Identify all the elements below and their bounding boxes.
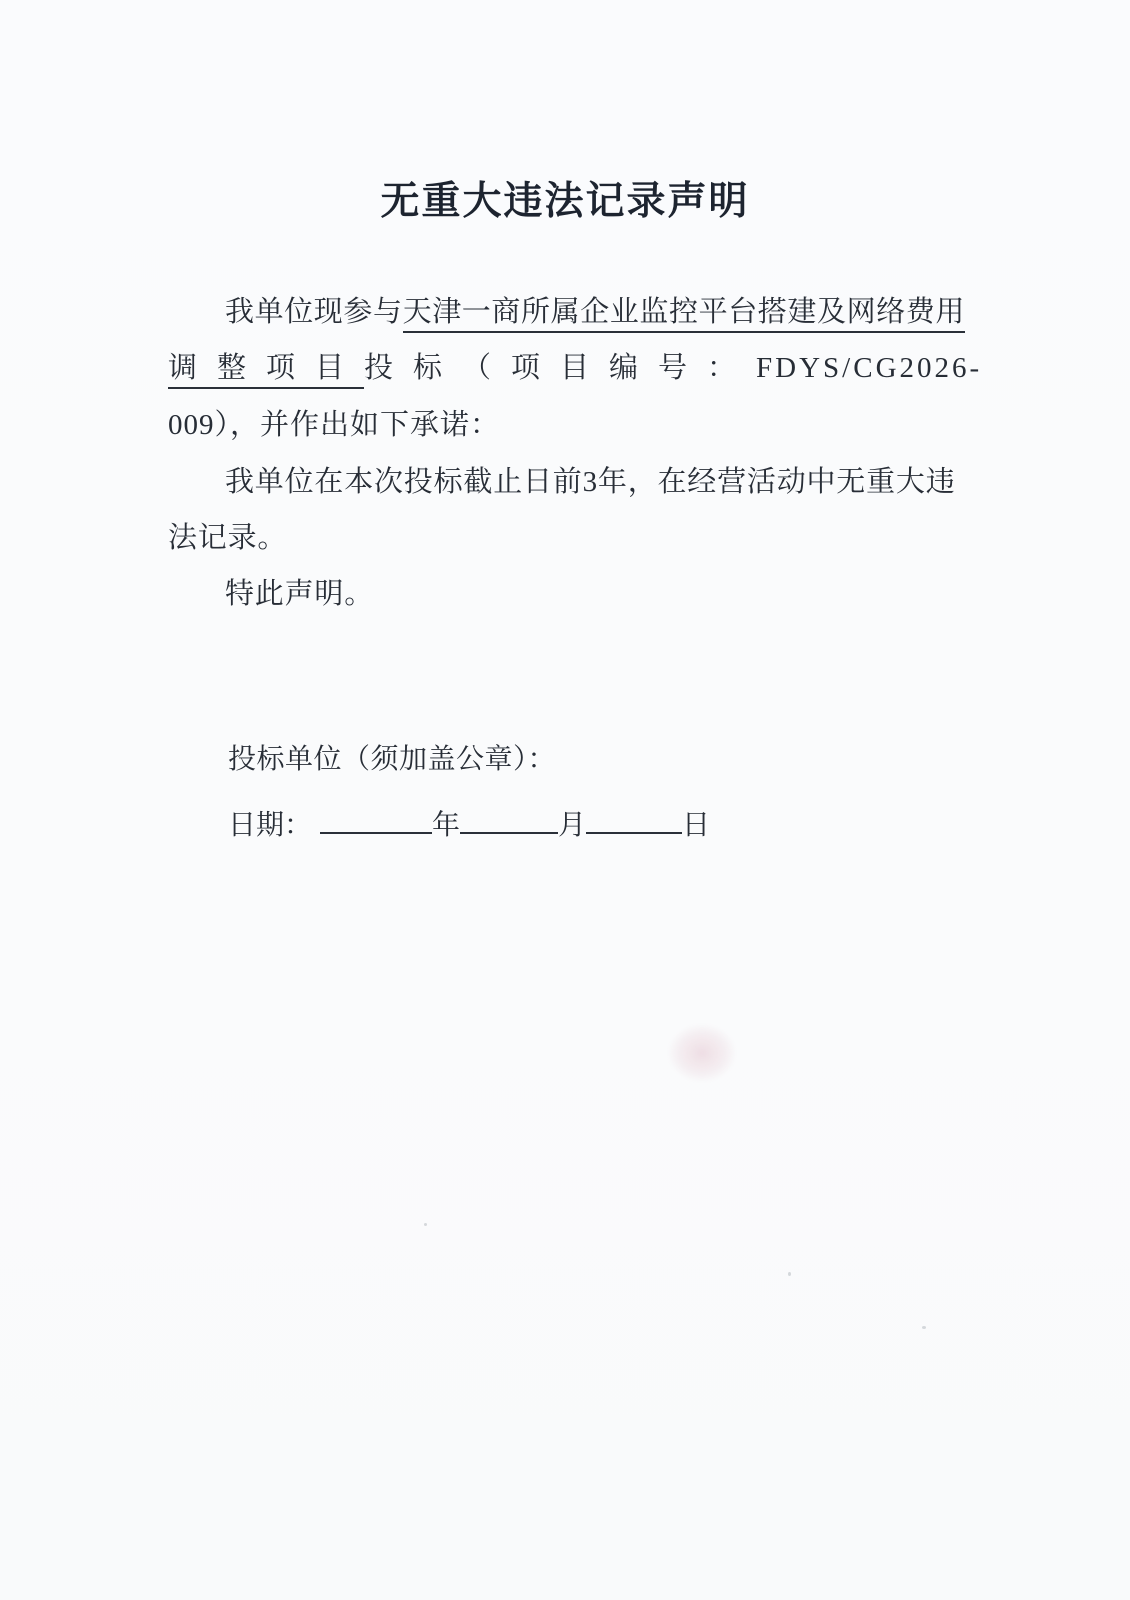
- day-label: 日: [682, 810, 710, 841]
- month-label: 月: [558, 810, 586, 841]
- declaration-line-1: 我单位现参与天津一商所属企业监控平台搭建及网络费用: [225, 292, 965, 332]
- project-code-line1: FDYS/CG2026-: [756, 352, 982, 384]
- year-label: 年: [432, 810, 460, 841]
- declaration-lead-in: 我单位现参与: [225, 296, 403, 328]
- document-title: 无重大违法记录声明: [0, 170, 1130, 226]
- date-day-blank: [586, 802, 682, 834]
- commitment-line-1: 我单位在本次投标截止日前3年，在经营活动中无重大违: [225, 462, 956, 502]
- bid-text: 投标（项目编号：: [364, 352, 756, 384]
- declaration-line-3: 009），并作出如下承诺：: [168, 405, 500, 445]
- scan-speck: [424, 1223, 427, 1226]
- scanned-document-page: 无重大违法记录声明 我单位现参与天津一商所属企业监控平台搭建及网络费用 调整项目…: [0, 0, 1130, 1600]
- project-name-underlined-part2: 调整项目: [168, 352, 364, 389]
- bidder-signature-line: 投标单位（须加盖公章）：: [228, 740, 556, 780]
- date-label: 日期：: [228, 810, 312, 841]
- declaration-line-2: 调整项目投标（项目编号：FDYS/CG2026-: [168, 348, 982, 388]
- commitment-line-2: 法记录。: [168, 518, 287, 558]
- closing-statement: 特此声明。: [225, 574, 374, 614]
- scan-speck: [922, 1326, 926, 1329]
- project-name-underlined-part1: 天津一商所属企业监控平台搭建及网络费用: [403, 296, 965, 333]
- date-year-blank: [320, 802, 432, 834]
- commitment-text-1: 我单位在本次投标截止日前3年，在经营活动中无重大违: [225, 466, 956, 498]
- date-month-blank: [460, 802, 558, 834]
- project-code-line2: 009），并作出如下承诺：: [168, 409, 500, 441]
- bidder-label: 投标单位（须加盖公章）：: [228, 744, 556, 775]
- closing-text: 特此声明。: [225, 578, 374, 610]
- date-line: 日期：年月日: [228, 802, 710, 846]
- stamp-bleedthrough-smudge: [668, 1024, 736, 1082]
- commitment-text-2: 法记录。: [168, 522, 287, 554]
- scan-speck: [788, 1272, 791, 1276]
